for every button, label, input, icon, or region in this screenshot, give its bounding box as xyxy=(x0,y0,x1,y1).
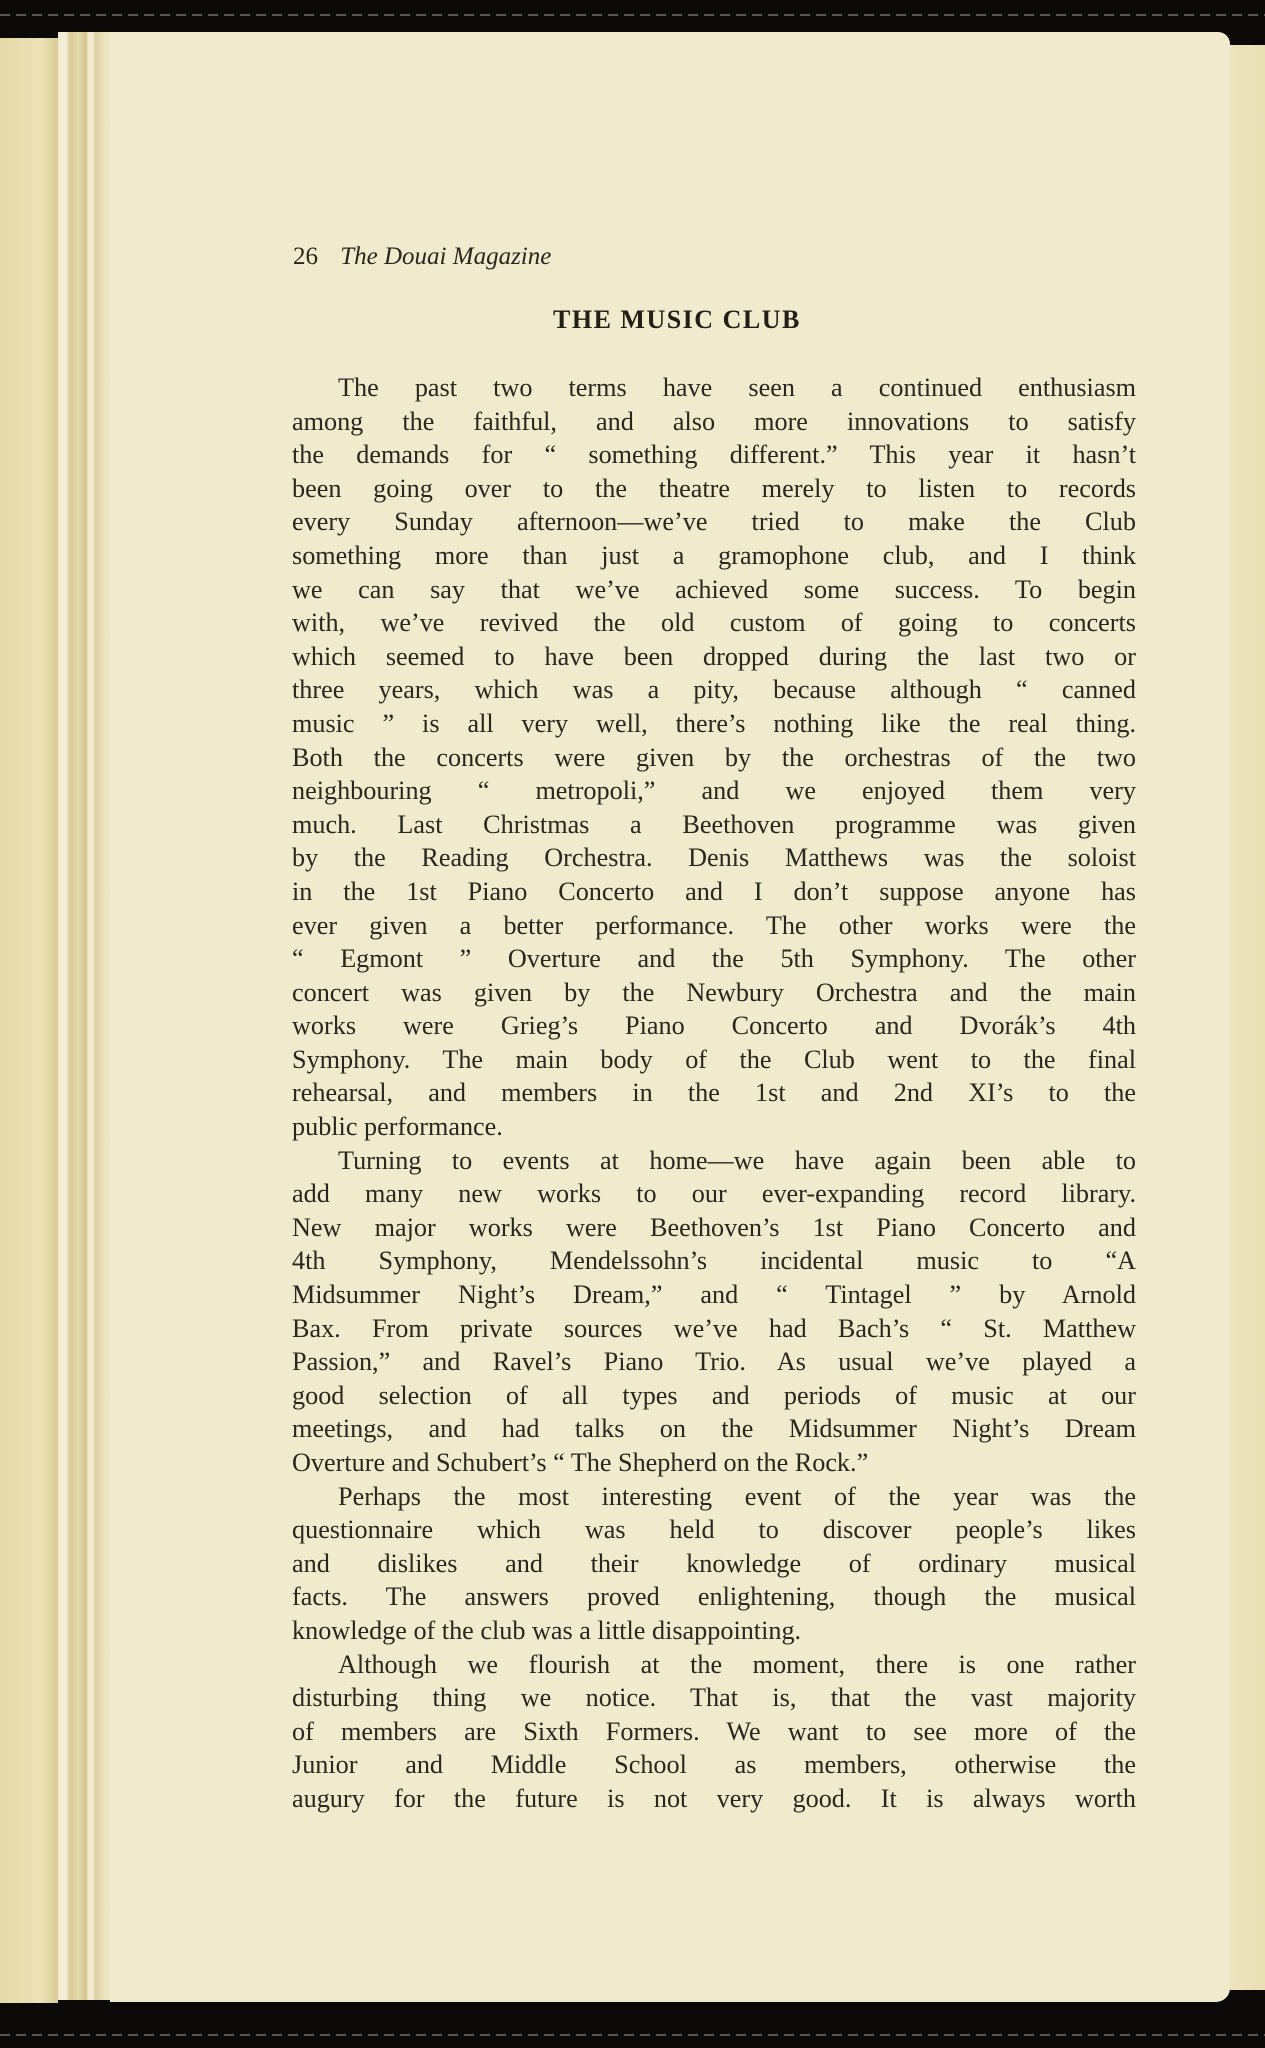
text-line: public performance. xyxy=(292,1110,1136,1144)
text-line: The past two terms have seen a continued… xyxy=(292,371,1136,405)
text-line: much. Last Christmas a Beethoven program… xyxy=(292,808,1136,842)
paragraph: The past two terms have seen a continued… xyxy=(292,371,1136,1144)
text-line: and dislikes and their knowledge of ordi… xyxy=(292,1547,1136,1581)
article-body: The past two terms have seen a continued… xyxy=(292,371,1136,1816)
publication-title: The Douai Magazine xyxy=(340,243,551,270)
text-line: among the faithful, and also more innova… xyxy=(292,405,1136,439)
text-line: New major works were Beethoven’s 1st Pia… xyxy=(292,1211,1136,1245)
text-line: something more than just a gramophone cl… xyxy=(292,539,1136,573)
text-line: disturbing thing we notice. That is, tha… xyxy=(292,1681,1136,1715)
text-line: rehearsal, and members in the 1st and 2n… xyxy=(292,1076,1136,1110)
text-line: Although we flourish at the moment, ther… xyxy=(292,1648,1136,1682)
article-title: THE MUSIC CLUB xyxy=(553,305,801,335)
text-line: Overture and Schubert’s “ The Shepherd o… xyxy=(292,1446,1136,1480)
text-line: neighbouring “ metropoli,” and we enjoye… xyxy=(292,774,1136,808)
page-number: 26 xyxy=(293,243,318,270)
paragraph: Perhaps the most interesting event of th… xyxy=(292,1480,1136,1648)
book-gutter xyxy=(58,32,110,2000)
text-line: we can say that we’ve achieved some succ… xyxy=(292,573,1136,607)
text-line: Turning to events at home—we have again … xyxy=(292,1144,1136,1178)
text-line: concert was given by the Newbury Orchest… xyxy=(292,976,1136,1010)
text-line: of members are Sixth Formers. We want to… xyxy=(292,1715,1136,1749)
binding-stitch-top xyxy=(0,14,1265,16)
text-line: “ Egmont ” Overture and the 5th Symphony… xyxy=(292,942,1136,976)
text-line: music ” is all very well, there’s nothin… xyxy=(292,707,1136,741)
text-line: knowledge of the club was a little disap… xyxy=(292,1614,1136,1648)
text-line: 4th Symphony, Mendelssohn’s incidental m… xyxy=(292,1244,1136,1278)
text-line: which seemed to have been dropped during… xyxy=(292,640,1136,674)
paragraph: Although we flourish at the moment, ther… xyxy=(292,1648,1136,1816)
text-line: Symphony. The main body of the Club went… xyxy=(292,1043,1136,1077)
text-line: ever given a better performance. The oth… xyxy=(292,909,1136,943)
text-line: Passion,” and Ravel’s Piano Trio. As usu… xyxy=(292,1345,1136,1379)
text-line: facts. The answers proved enlightening, … xyxy=(292,1580,1136,1614)
left-page-edge xyxy=(0,38,58,2003)
binding-stitch-bottom xyxy=(0,2034,1265,2036)
text-line: Junior and Middle School as members, oth… xyxy=(292,1748,1136,1782)
text-line: good selection of all types and periods … xyxy=(292,1379,1136,1413)
text-line: with, we’ve revived the old custom of go… xyxy=(292,606,1136,640)
right-page-edge xyxy=(1230,45,1265,1990)
text-line: three years, which was a pity, because a… xyxy=(292,673,1136,707)
text-line: by the Reading Orchestra. Denis Matthews… xyxy=(292,841,1136,875)
text-line: Both the concerts were given by the orch… xyxy=(292,741,1136,775)
text-line: augury for the future is not very good. … xyxy=(292,1782,1136,1816)
text-line: questionnaire which was held to discover… xyxy=(292,1513,1136,1547)
text-line: Midsummer Night’s Dream,” and “ Tintagel… xyxy=(292,1278,1136,1312)
text-line: in the 1st Piano Concerto and I don’t su… xyxy=(292,875,1136,909)
text-line: been going over to the theatre merely to… xyxy=(292,472,1136,506)
paragraph: Turning to events at home—we have again … xyxy=(292,1144,1136,1480)
text-line: Bax. From private sources we’ve had Bach… xyxy=(292,1312,1136,1346)
text-line: meetings, and had talks on the Midsummer… xyxy=(292,1412,1136,1446)
running-head: 26 The Douai Magazine xyxy=(293,243,551,271)
text-line: Perhaps the most interesting event of th… xyxy=(292,1480,1136,1514)
text-line: add many new works to our ever-expanding… xyxy=(292,1177,1136,1211)
text-line: the demands for “ something different.” … xyxy=(292,438,1136,472)
text-line: every Sunday afternoon—we’ve tried to ma… xyxy=(292,505,1136,539)
text-line: works were Grieg’s Piano Concerto and Dv… xyxy=(292,1009,1136,1043)
